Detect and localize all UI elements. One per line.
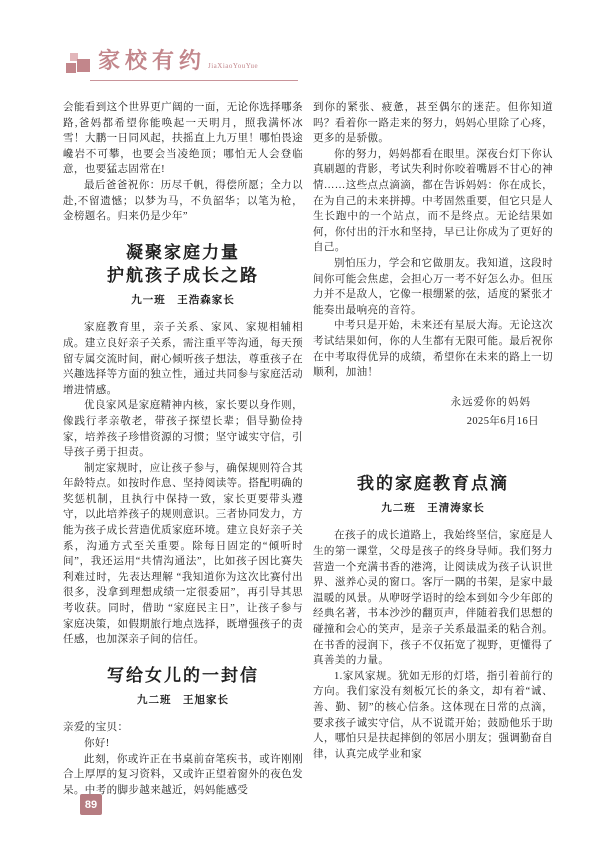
letter-continued-paragraph: 中考只是开始，未来还有星辰大海。无论这次考试结果如何，你的人生都有无限可能。最后… (313, 318, 553, 380)
squares-logo-icon (66, 52, 92, 82)
intro-paragraph: 最后爸爸祝你：历尽千帆，得偿所愿；全力以赴,不留遗憾；以梦为马，不负韶华；以笔为… (63, 178, 303, 225)
article1-paragraph: 制定家规时，应让孩子参与，确保规则符合其年龄特点。如按时作息、坚持阅读等。搭配明… (63, 461, 303, 648)
logo-square-large (77, 59, 90, 72)
article1-title-line2: 护航孩子成长之路 (63, 264, 303, 287)
article1-title-line1: 凝聚家庭力量 (63, 241, 303, 264)
article1-byline: 九一班 王浩森家长 (63, 293, 303, 309)
left-column: 会能看到这个世界更广阔的一面，无论你选择哪条路,爸妈都希望你能唤起一天明月，照我… (63, 100, 303, 798)
article2-paragraph: 1.家风家规。犹如无形的灯塔，指引着前行的方向。我们家没有刻板冗长的条文，却有着… (313, 669, 553, 763)
letter-continued-paragraph: 你的努力，妈妈都看在眼里。深夜台灯下你认真刷题的背影，考试失利时你咬着嘴唇不甘心… (313, 147, 553, 256)
article1-title: 凝聚家庭力量 护航孩子成长之路 (63, 241, 303, 287)
letter-continued-paragraph: 别怕压力，学会和它做朋友。我知道，这段时间你可能会焦虑，会担心万一考不好怎么办。… (313, 256, 553, 318)
logo-square-medium (66, 63, 76, 73)
magazine-header: 家校有约 JiaXiaoYouYue (66, 48, 258, 82)
article2-title: 我的家庭教育点滴 (313, 472, 553, 495)
magazine-title: 家校有约 (98, 48, 206, 74)
article1-paragraph: 家庭教育里，亲子关系、家风、家规相辅相成。建立良好亲子关系，需注重平等沟通，每天… (63, 320, 303, 398)
letter-signature-block: 永远爱你的妈妈 2025年6月16日 (313, 395, 553, 430)
letter-greeting: 你好! (63, 736, 303, 752)
page-number-badge: 89 (80, 794, 102, 815)
letter-paragraph: 此刻，你或许正在书桌前奋笔疾书，或许刚刚合上厚厚的复习资料，又或许正望着窗外的夜… (63, 752, 303, 799)
magazine-title-pinyin: JiaXiaoYouYue (208, 62, 258, 70)
header-divider (90, 80, 298, 81)
intro-paragraph: 会能看到这个世界更广阔的一面，无论你选择哪条路,爸妈都希望你能唤起一天明月，照我… (63, 100, 303, 178)
letter-byline: 九二班 王旭家长 (63, 693, 303, 709)
article2-byline: 九二班 王清涛家长 (313, 501, 553, 517)
letter-title: 写给女儿的一封信 (63, 664, 303, 687)
letter-signature: 永远爱你的妈妈 (313, 395, 553, 411)
article2-paragraph: 在孩子的成长道路上，我始终坚信，家庭是人生的第一课堂，父母是孩子的终身导师。我们… (313, 528, 553, 668)
article1-paragraph: 优良家风是家庭精神内核，家长要以身作则，像践行孝亲敬老，带孩子探望长辈；倡导勤俭… (63, 398, 303, 460)
letter-salutation: 亲爱的宝贝： (63, 720, 303, 736)
letter-continued-paragraph: 到你的紧张、疲惫，甚至偶尔的迷茫。但你知道吗？看着你一路走来的努力，妈妈心里除了… (313, 100, 553, 147)
right-column: 到你的紧张、疲惫，甚至偶尔的迷茫。但你知道吗？看着你一路走来的努力，妈妈心里除了… (313, 100, 553, 762)
letter-date: 2025年6月16日 (313, 414, 553, 430)
